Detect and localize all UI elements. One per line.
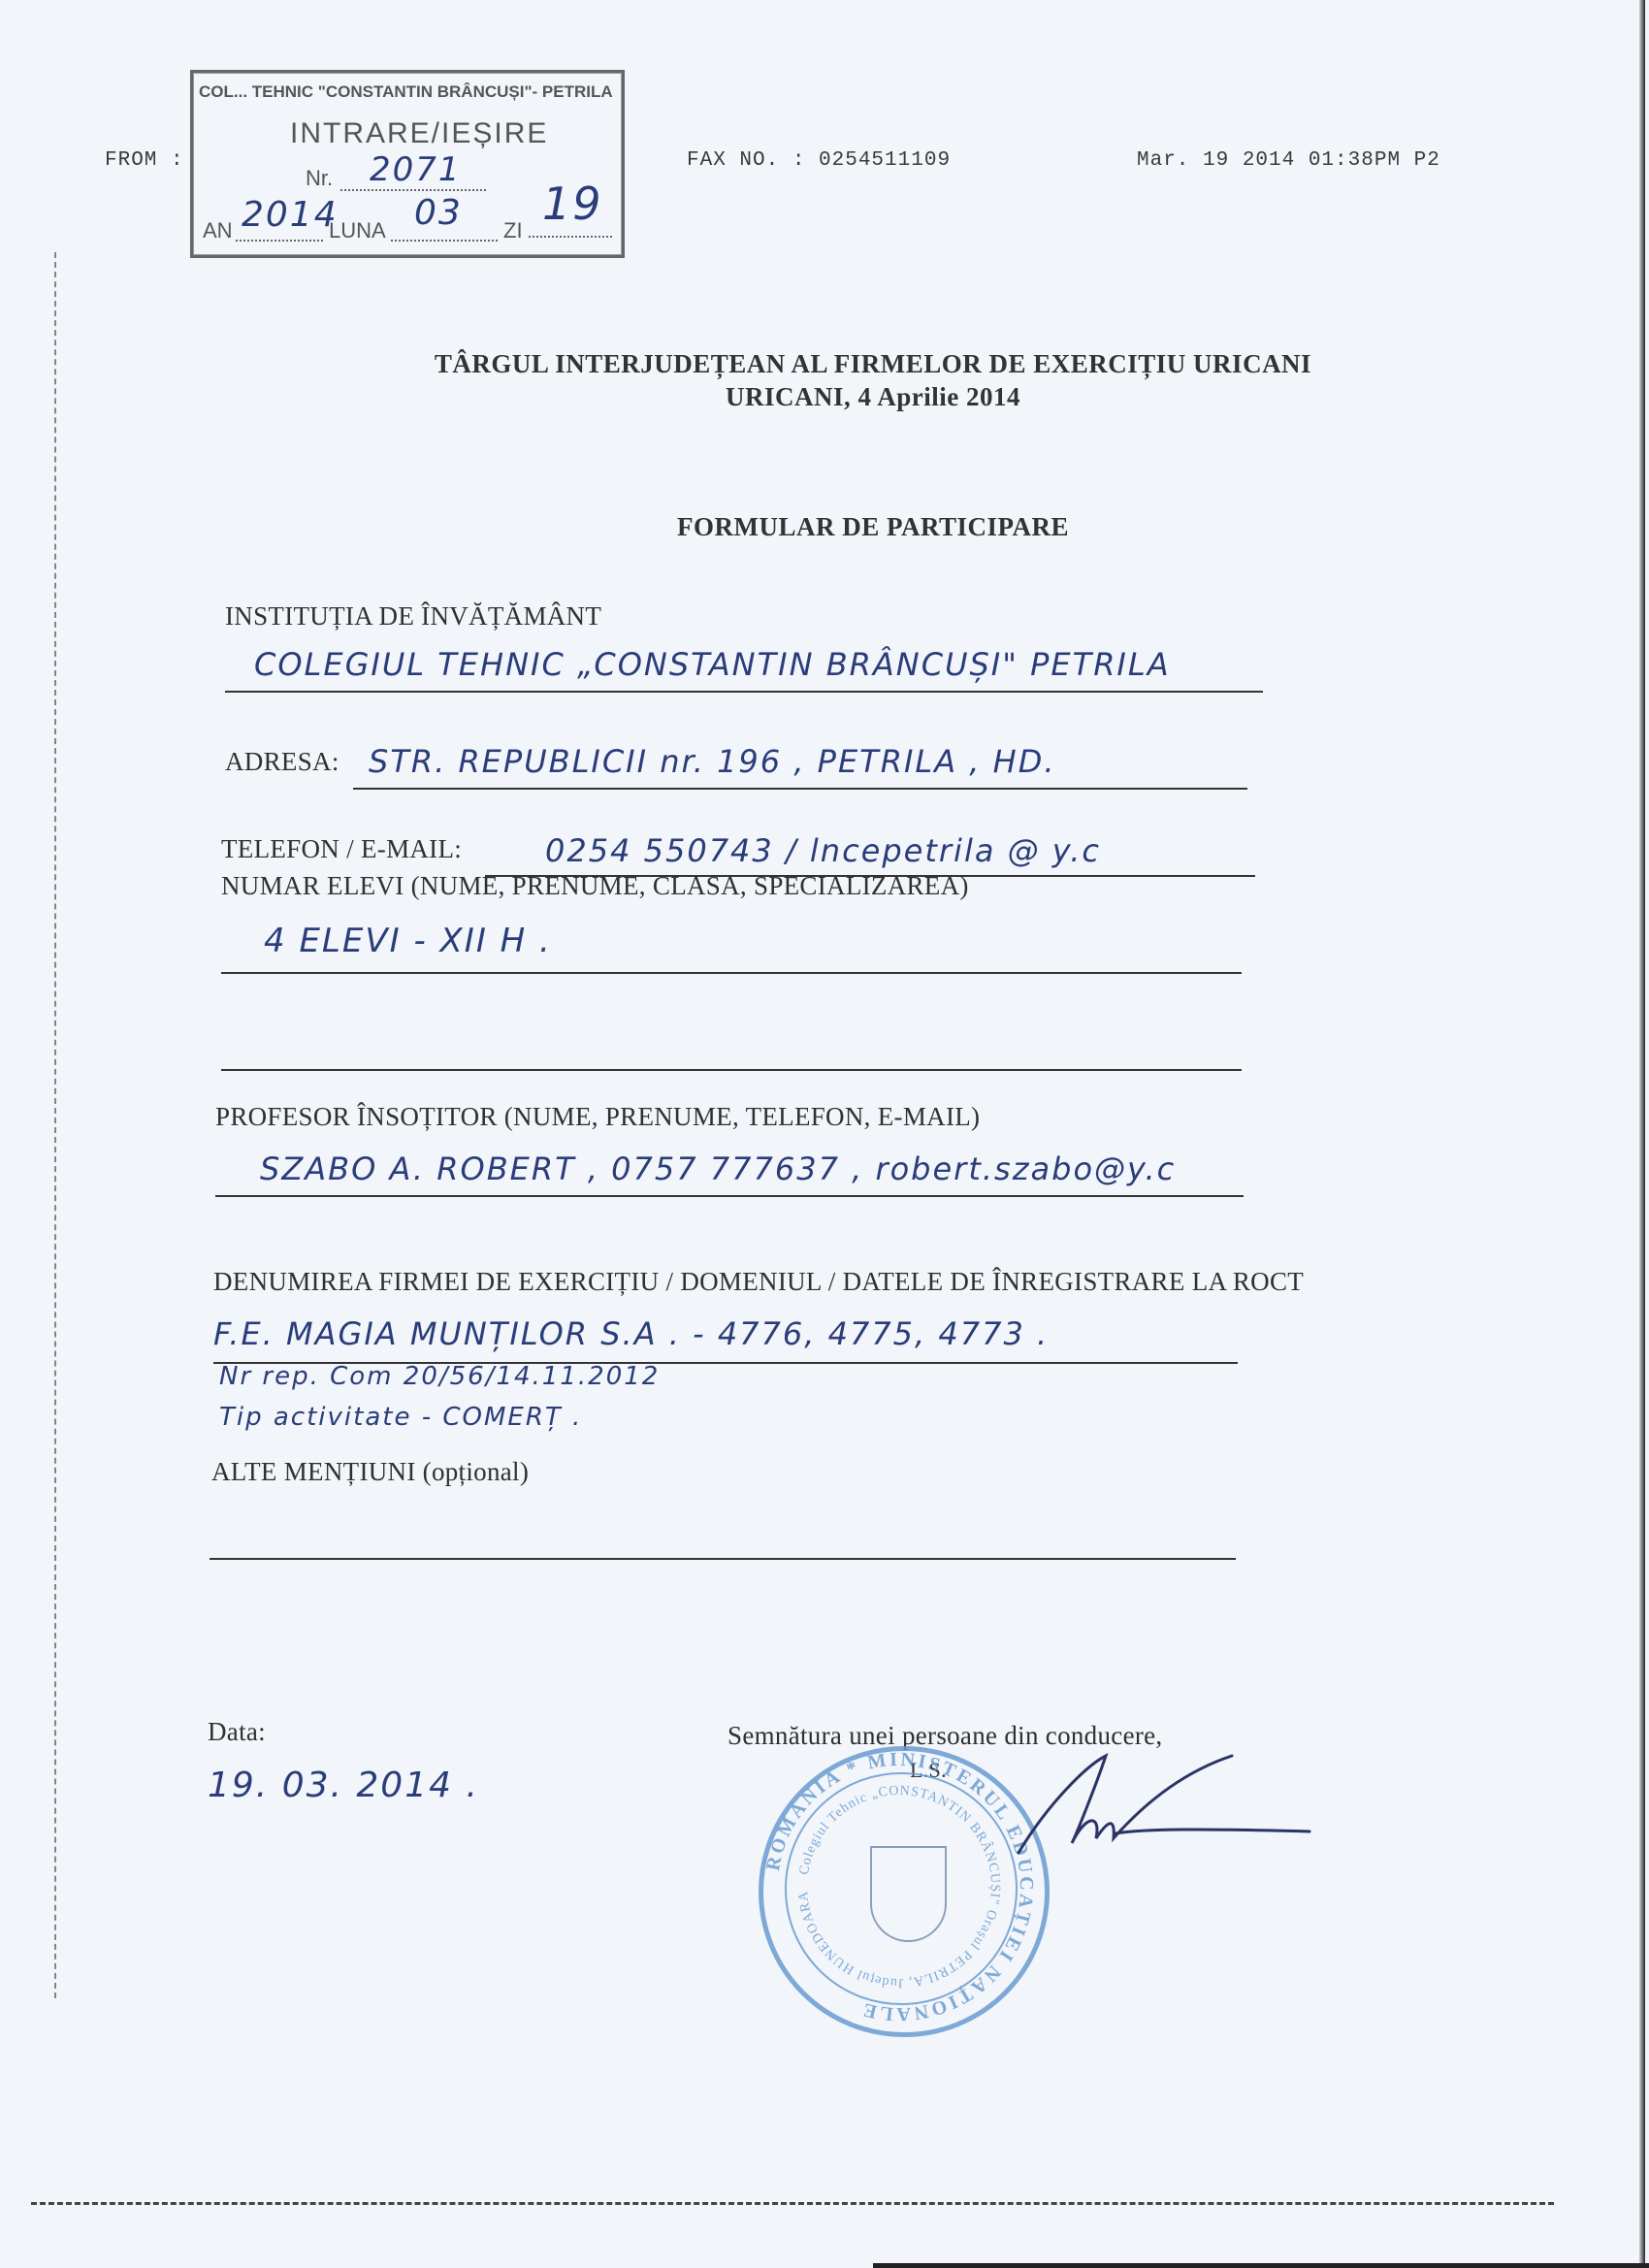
- stamp-nr-value: 2071: [370, 150, 462, 189]
- date-field[interactable]: 19. 03. 2014 .: [208, 1766, 479, 1805]
- fax-timestamp: Mar. 19 2014 01:38PM P2: [1137, 149, 1440, 172]
- event-title: TÂRGUL INTERJUDEȚEAN AL FIRMELOR DE EXER…: [291, 349, 1455, 379]
- scan-edge-right: [1639, 0, 1645, 2268]
- official-seal: ROMÂNIA * MINISTERUL EDUCAȚIEI NAȚIONALE…: [759, 1746, 1050, 2037]
- seal-text: ROMÂNIA * MINISTERUL EDUCAȚIEI NAȚIONALE…: [759, 1746, 1040, 2027]
- stamp-institution: COL... TEHNIC "CONSTANTIN BRÂNCUȘI"- PET…: [199, 82, 613, 102]
- scan-edge-left: [54, 252, 56, 1998]
- institution-label: INSTITUȚIA DE ÎNVĂȚĂMÂNT: [225, 601, 601, 632]
- company-registration-note: Nr rep. Com 20/56/14.11.2012: [219, 1362, 660, 1391]
- stamp-year-value: 2014: [242, 195, 339, 235]
- other-mentions-label: ALTE MENȚIUNI (opțional): [211, 1457, 529, 1487]
- fax-perforation-line: [31, 2202, 1554, 2205]
- stamp-day-value: 19: [542, 178, 603, 230]
- stamp-nr-label: Nr.: [306, 166, 333, 191]
- students-label: NUMAR ELEVI (NUME, PRENUME, CLASA, SPECI…: [221, 871, 969, 901]
- address-field[interactable]: STR. REPUBLICII nr. 196 , PETRILA , HD.: [369, 743, 1056, 780]
- address-label: ADRESA:: [225, 747, 339, 777]
- form-title: FORMULAR DE PARTICIPARE: [291, 512, 1455, 542]
- fax-from-label: FROM :: [105, 149, 184, 172]
- teacher-label: PROFESOR ÎNSOȚITOR (NUME, PRENUME, TELEF…: [215, 1102, 980, 1132]
- teacher-field[interactable]: SZABO A. ROBERT , 0757 777637 , robert.s…: [260, 1150, 1176, 1187]
- company-activity-note: Tip activitate - COMERȚ .: [219, 1403, 582, 1432]
- stamp-month-value: 03: [414, 193, 463, 233]
- stamp-day-label: ZI: [503, 218, 523, 243]
- institution-field[interactable]: COLEGIUL TEHNIC „CONSTANTIN BRÂNCUȘI" PE…: [254, 646, 1171, 683]
- svg-text:Colegiul Tehnic „CONSTANTIN BR: Colegiul Tehnic „CONSTANTIN BRÂNCUȘI" Or…: [796, 1784, 1002, 1990]
- event-date-location: URICANI, 4 Aprilie 2014: [291, 382, 1455, 412]
- stamp-month-label: LUNA: [329, 218, 386, 243]
- fax-number: FAX NO. : 0254511109: [687, 149, 951, 172]
- stamp-heading: INTRARE/IEȘIRE: [290, 117, 548, 150]
- phone-email-label: TELEFON / E-MAIL:: [221, 834, 462, 864]
- students-field[interactable]: 4 ELEVI - XII H .: [264, 922, 552, 960]
- company-field[interactable]: F.E. MAGIA MUNȚILOR S.A . - 4776, 4775, …: [213, 1315, 1049, 1352]
- registry-stamp: COL... TEHNIC "CONSTANTIN BRÂNCUȘI"- PET…: [190, 70, 625, 258]
- phone-email-field[interactable]: 0254 550743 / lncepetrila @ y.c: [545, 832, 1101, 869]
- company-label: DENUMIREA FIRMEI DE EXERCIȚIU / DOMENIUL…: [213, 1267, 1304, 1297]
- date-label: Data:: [208, 1717, 266, 1747]
- stamp-year-label: AN: [203, 218, 233, 243]
- scan-edge-bottom: [873, 2263, 1649, 2268]
- signature-scribble: [1009, 1746, 1319, 1882]
